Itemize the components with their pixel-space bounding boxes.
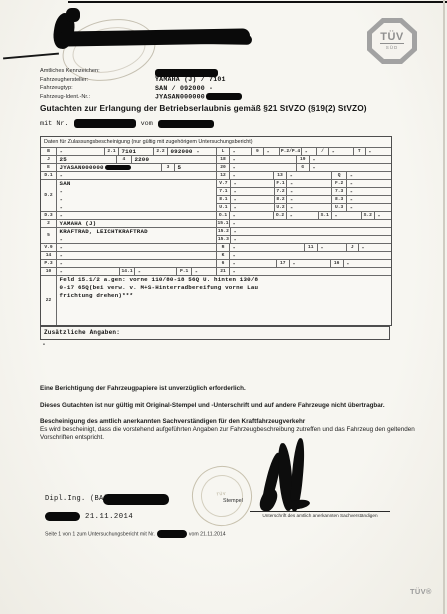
field-code: 17 — [276, 260, 289, 267]
subtitle-prefix: mit Nr. — [40, 120, 69, 128]
table-row: 10-14.1-P.1-21- — [41, 267, 391, 275]
logo-tuv-text: TÜV — [380, 32, 404, 44]
redaction-blob — [150, 33, 252, 45]
field-code: S.1 — [318, 212, 331, 219]
scanned-document-page: TÜV SÜD Amtliches Kennzeichen: Fahrzeugh… — [0, 0, 447, 614]
table-row: 8.1-8.2-8.3- — [217, 195, 391, 203]
table-row: D.3-O.1-O.2-S.1-S.2- — [41, 211, 391, 219]
field-code: L — [216, 148, 229, 155]
field-code: 7.2 — [274, 188, 287, 195]
field-code: T — [353, 148, 365, 155]
field-value: - — [229, 260, 276, 267]
table-row: 5KRAFTRAD, LEICHTKRAFTRAD-15.2-15.3- — [41, 227, 391, 243]
field-value: - — [286, 180, 331, 187]
field-value: - — [365, 148, 391, 155]
field-value-redacted: JYASAN000000 — [56, 164, 161, 171]
field-code: D.1 — [41, 172, 56, 179]
field-code: P.2/P.4 — [279, 148, 301, 155]
field-value: JYASAN000000 — [155, 93, 242, 100]
note-validity: Dieses Gutachten ist nur gültig mit Orig… — [40, 402, 440, 409]
field-value: - — [309, 156, 391, 163]
field-code: U.2 — [274, 204, 287, 211]
field-value: - — [358, 244, 391, 251]
field-label: Amtliches Kennzeichen: — [40, 68, 155, 74]
field-code: V.9 — [41, 244, 56, 251]
table-row: U.1-U.2-U.3- — [217, 203, 391, 211]
faint-round-stamp: TÜV — [184, 458, 260, 534]
field-code: 15.3 — [217, 236, 230, 243]
field-code: 16 — [330, 260, 343, 267]
field-code: 7.1 — [217, 188, 230, 195]
field-code: K — [216, 252, 229, 259]
redaction-bar — [45, 512, 80, 521]
field-value: - — [229, 252, 391, 259]
signature-stroke — [257, 486, 280, 514]
field-value: - — [317, 244, 346, 251]
field-value: - — [229, 172, 273, 179]
field-code: O.2 — [273, 212, 286, 219]
field-code: R — [216, 244, 229, 251]
field-code: 6 — [216, 260, 229, 267]
table-row: D.2SAN---V.7-F.1-F.2-7.1-7.2-7.3-8.1-8.2… — [41, 179, 391, 211]
field-code: 10 — [41, 268, 56, 275]
registration-data-table: Daten für Zulassungsbescheinigung (nur g… — [40, 136, 392, 326]
field-value: - — [229, 244, 304, 251]
table-row: J254220018-19- — [41, 155, 391, 163]
field-code: 2.2 — [153, 148, 167, 155]
field-code: 8.1 — [217, 196, 230, 203]
field-value: - — [56, 212, 216, 219]
certification-body: Es wird bescheinigt, dass die vorstehend… — [40, 426, 432, 442]
field-value: - — [56, 172, 216, 179]
table-row: V.9-R-11-J- — [41, 243, 391, 251]
table-row: EJYASAN0000003520-G- — [41, 163, 391, 171]
field-code: 5 — [41, 228, 56, 243]
id-row-fin: Fahrzeug-Ident.-Nr.: JYASAN000000 — [40, 93, 360, 102]
redaction-bar — [158, 120, 214, 128]
footer-text-before: Seite 1 von 1 zum Untersuchungsbericht m… — [45, 531, 155, 537]
field-value: - — [229, 164, 296, 171]
field-value: - — [286, 188, 331, 195]
field-code: 14 — [41, 252, 56, 259]
field-value: - — [230, 196, 274, 203]
field-subrows: 15.2-15.3- — [216, 228, 391, 243]
field-value: - — [229, 268, 391, 275]
additional-info-box: Zusätzliche Angaben: — [40, 326, 390, 340]
table-row: P.3-6-17-16- — [41, 259, 391, 267]
field-value: 7101 — [118, 148, 153, 155]
signature-line-caption: Unterschrift des amtlich anerkannten Sac… — [262, 513, 377, 518]
field-value: - — [230, 236, 391, 243]
field-code: S.2 — [361, 212, 374, 219]
field-code: 21 — [216, 268, 229, 275]
field-code: G — [296, 164, 309, 171]
field-value: - — [328, 148, 353, 155]
field-code: 8.2 — [274, 196, 287, 203]
field-code: V.7 — [217, 180, 230, 187]
scan-edge-line — [68, 1, 447, 3]
redaction-blob — [66, 8, 80, 22]
field-multiline: SAN--- — [56, 180, 216, 211]
redaction-bar — [103, 494, 169, 505]
certification-title: Bescheinigung des amtlich anerkannten Sa… — [40, 418, 440, 425]
field-code: 4 — [116, 156, 131, 163]
field-value: 092000 - — [167, 148, 216, 155]
field-code: 2.1 — [104, 148, 118, 155]
field-value: - — [134, 268, 176, 275]
subtitle-mid: vom — [141, 120, 153, 128]
field-code: 9 — [251, 148, 263, 155]
field-code: 12 — [216, 172, 229, 179]
note-correction: Eine Berichtigung der Fahrzeugpapiere is… — [40, 385, 440, 392]
pen-stroke — [3, 53, 59, 60]
field-value: - — [230, 188, 274, 195]
field-value: - — [191, 268, 216, 275]
stamp-label: Stempel — [223, 498, 243, 504]
field-value: - — [346, 180, 391, 187]
field-value: - — [343, 260, 391, 267]
field-code: P.1 — [176, 268, 191, 275]
redaction-bar — [74, 119, 136, 128]
document-title: Gutachten zur Erlangung der Betriebserla… — [40, 103, 440, 113]
table-row: 14-K- — [41, 251, 391, 259]
field-value: - — [346, 204, 391, 211]
field-value: - — [230, 228, 391, 235]
field-value: - — [346, 196, 391, 203]
field-code: 14.1 — [119, 268, 134, 275]
field-code: U.1 — [217, 204, 230, 211]
footer-text-after: vom 21.11.2014 — [189, 531, 226, 537]
field-value: - — [229, 220, 391, 227]
field-code: Q — [331, 172, 346, 179]
field-value: - — [331, 212, 361, 219]
field-value: - — [286, 204, 331, 211]
field-value: - — [286, 172, 331, 179]
field-value: YAMAHA (J) — [56, 220, 216, 227]
corner-brand: TÜV® — [410, 587, 432, 596]
page-footer: Seite 1 von 1 zum Untersuchungsbericht m… — [45, 530, 226, 538]
field-code: 3 — [161, 164, 174, 171]
additional-info-value: - — [42, 341, 46, 348]
field-value: 25 — [56, 156, 116, 163]
field-code: E — [41, 164, 56, 171]
field-value: - — [309, 164, 391, 171]
field-code: D.3 — [41, 212, 56, 219]
field-code: J — [346, 244, 358, 251]
field-value: - — [56, 260, 216, 267]
field-code: 15.1 — [216, 220, 229, 227]
field-value: - — [346, 172, 391, 179]
field-value: - — [374, 212, 391, 219]
document-subtitle: mit Nr. vom — [40, 119, 214, 128]
tuv-sud-logo: TÜV SÜD — [364, 18, 420, 65]
field-value: - — [346, 188, 391, 195]
field-value: SAN / 092000 - — [155, 85, 213, 92]
field-code: O.1 — [216, 212, 229, 219]
logo-sud-text: SÜD — [386, 45, 399, 50]
field-label: Fahrzeugtyp: — [40, 85, 155, 91]
field-value: - — [263, 148, 279, 155]
field-code: 20 — [216, 164, 229, 171]
table-row: 15.2- — [217, 228, 391, 235]
field-code: D.2 — [41, 180, 56, 211]
field-value: - — [229, 148, 251, 155]
field-code: B — [41, 148, 56, 155]
table-row: B-2.171012.2092000 -L-9-P.2/P.4-/-T- — [41, 147, 391, 155]
field-value: 5 — [174, 164, 216, 171]
field-code: 13 — [273, 172, 286, 179]
field-value: - — [56, 244, 216, 251]
field-value: - — [286, 212, 318, 219]
field-value: - — [286, 196, 331, 203]
field-code: 11 — [304, 244, 317, 251]
table-row: V.7-F.1-F.2- — [217, 180, 391, 187]
table-row: 15.3- — [217, 235, 391, 243]
field-code: / — [316, 148, 328, 155]
field-code: 19 — [296, 156, 309, 163]
field-code: 18 — [216, 156, 229, 163]
field-value: - — [230, 204, 274, 211]
table-row: 22Feld 15.1/2 a.gen: vorne 110/80-18 56Q… — [41, 275, 391, 325]
examiner-title: Dipl.Ing. (BA) — [45, 495, 108, 503]
table-row: 2YAMAHA (J)15.1- — [41, 219, 391, 227]
field-subrows: V.7-F.1-F.2-7.1-7.2-7.3-8.1-8.2-8.3-U.1-… — [216, 180, 391, 211]
field-value: - — [56, 268, 119, 275]
field-code: 15.2 — [217, 228, 230, 235]
field-value: - — [56, 252, 216, 259]
examination-date: 21.11.2014 — [85, 513, 133, 521]
field-code: F.2 — [331, 180, 346, 187]
table-caption: Daten für Zulassungsbescheinigung (nur g… — [41, 137, 391, 147]
id-row-typ: Fahrzeugtyp: SAN / 092000 - — [40, 84, 360, 93]
field-value: - — [301, 148, 316, 155]
field-code: F.1 — [274, 180, 287, 187]
field-code: 8.3 — [331, 196, 346, 203]
signature-line: Unterschrift des amtlich anerkannten Sac… — [250, 511, 390, 518]
field-label: Fahrzeug-Ident.-Nr.: — [40, 94, 155, 100]
table-row: D.1-12-13-Q- — [41, 171, 391, 179]
field-value: - — [229, 156, 296, 163]
field-value: YAMAHA (J) / 7101 — [155, 76, 226, 83]
redaction-bar — [206, 93, 242, 100]
field-code: 22 — [41, 276, 56, 325]
field-code: 2 — [41, 220, 56, 227]
field-multiline: KRAFTRAD, LEICHTKRAFTRAD- — [56, 228, 216, 243]
redaction-bar — [157, 530, 187, 538]
field-code: J — [41, 156, 56, 163]
field-value: - — [229, 212, 273, 219]
redaction-bar — [105, 165, 131, 170]
field-value: - — [230, 180, 274, 187]
field-code: 7.3 — [331, 188, 346, 195]
field-code: P.3 — [41, 260, 56, 267]
field-code: U.3 — [331, 204, 346, 211]
field-multiline: Feld 15.1/2 a.gen: vorne 110/80-18 56Q U… — [56, 276, 391, 325]
field-label: Fahrzeughersteller: — [40, 77, 155, 83]
scan-right-edge — [443, 0, 445, 614]
field-value: - — [56, 148, 104, 155]
table-row: 7.1-7.2-7.3- — [217, 187, 391, 195]
redaction-bar — [155, 69, 218, 77]
field-value: - — [289, 260, 330, 267]
field-value: 2200 — [131, 156, 216, 163]
